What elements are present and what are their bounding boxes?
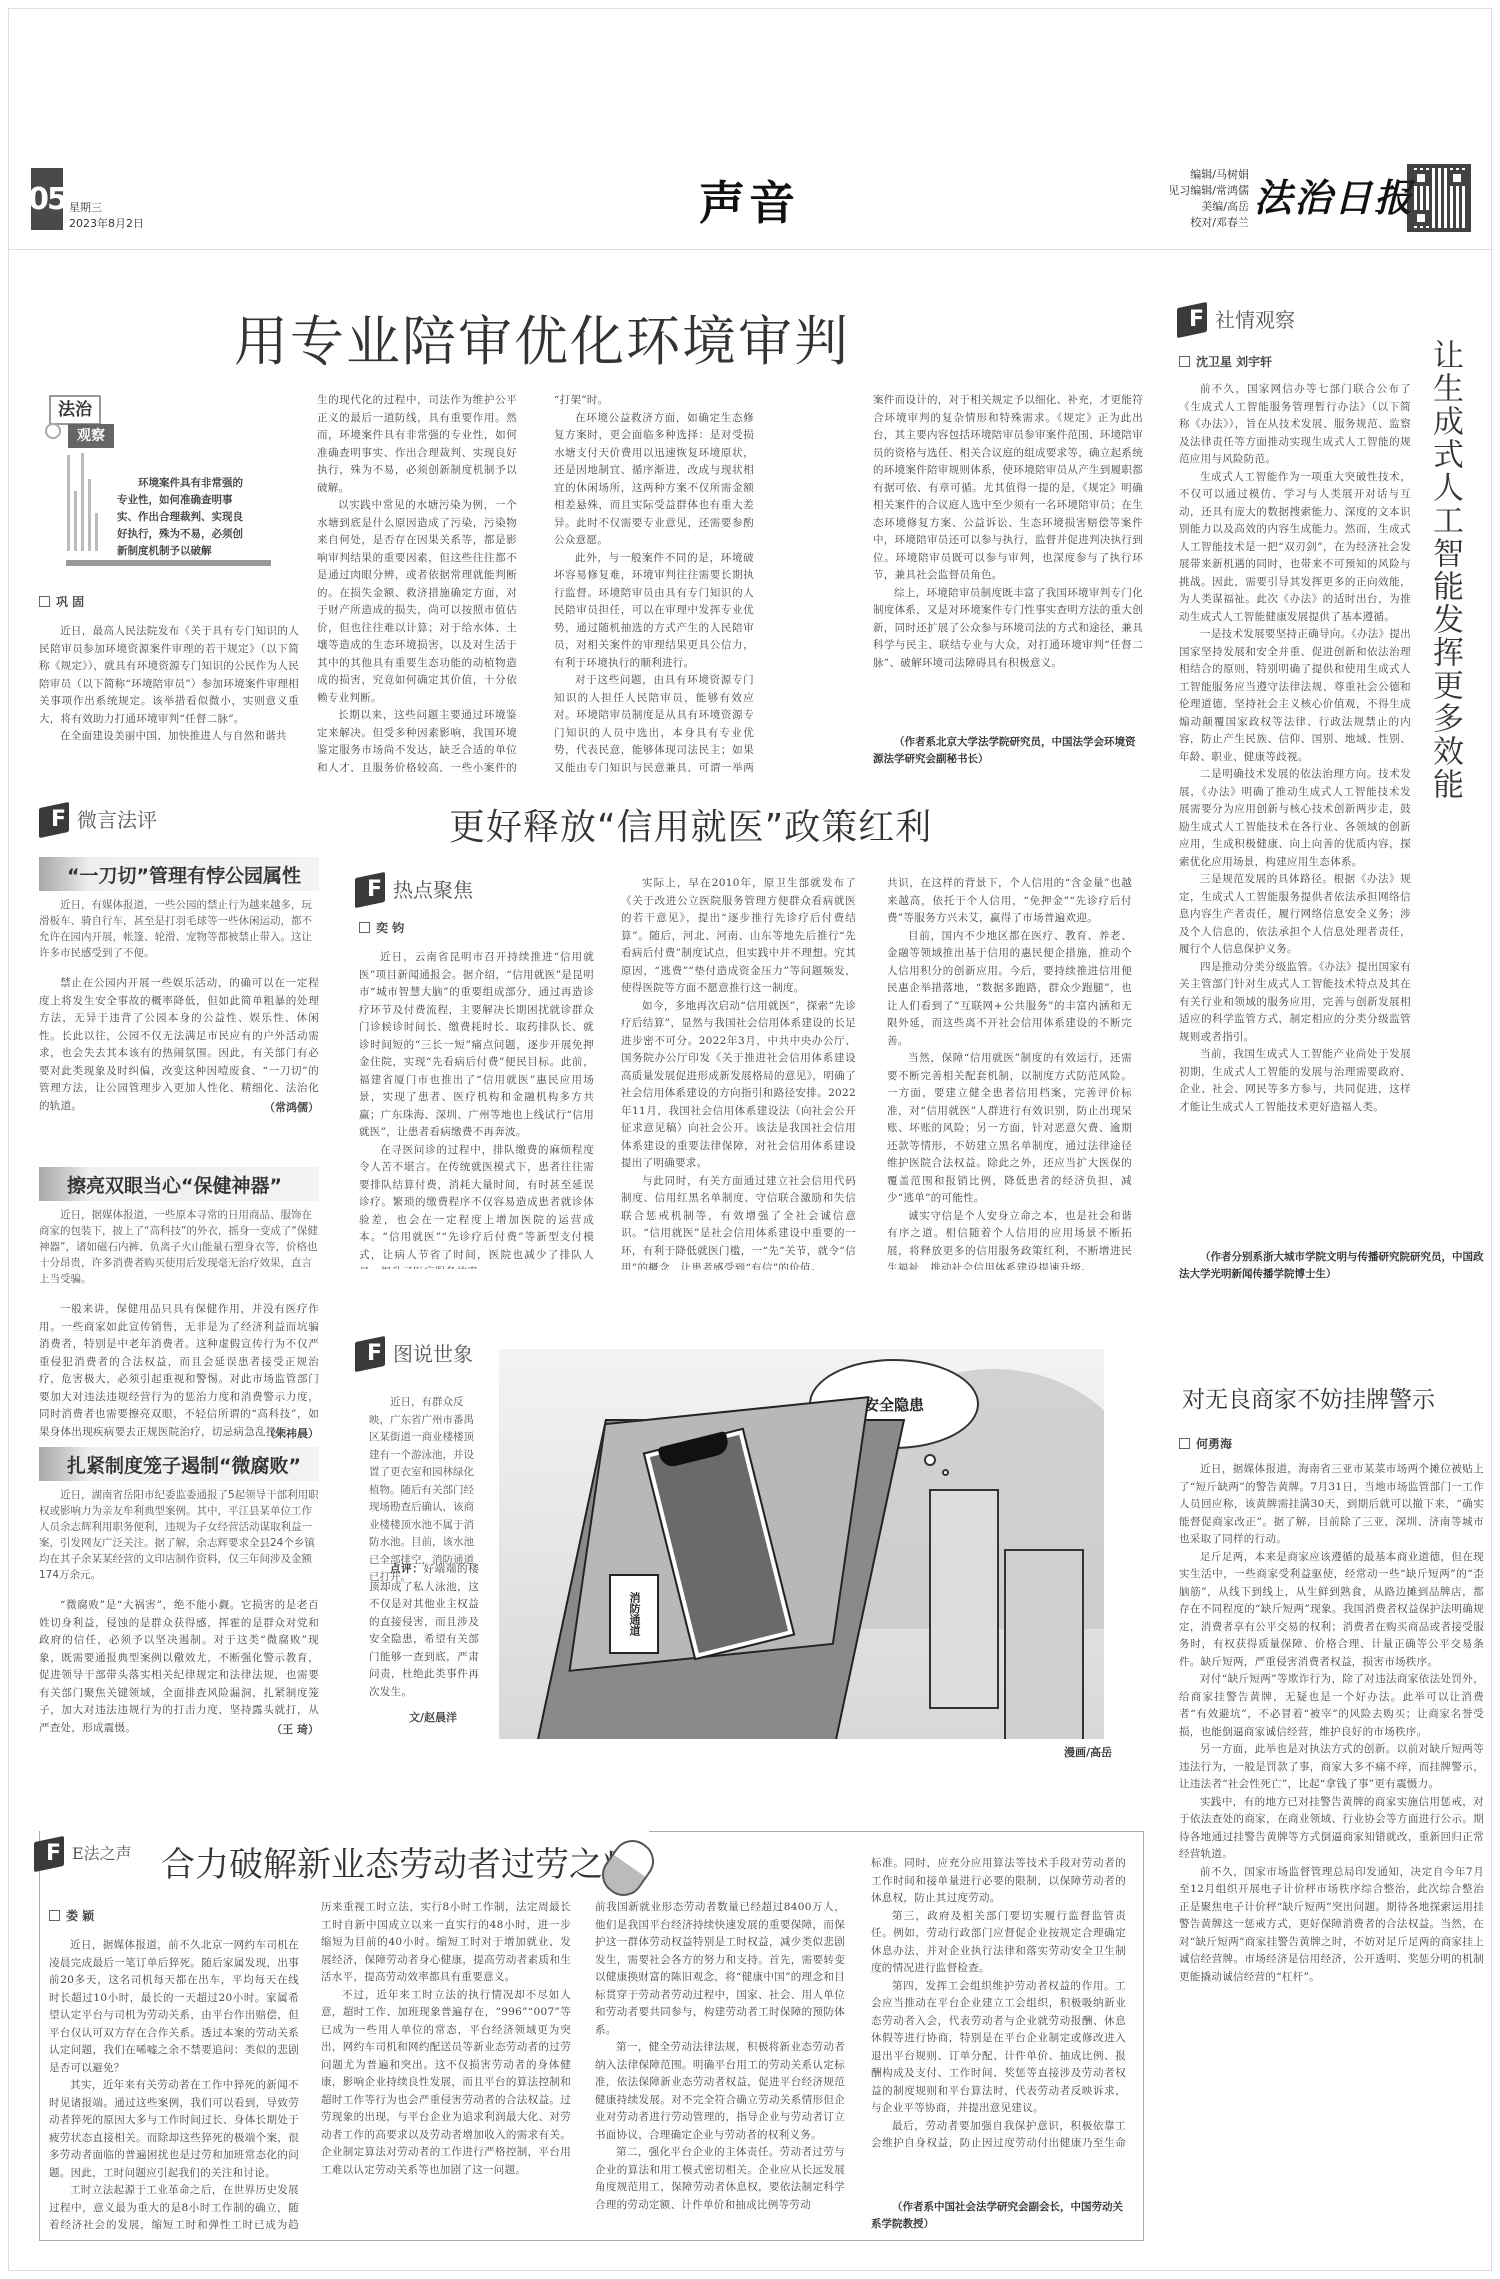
article5-title: 合力破解新业态劳动者过劳之痛 xyxy=(161,1837,637,1886)
magnifier-icon xyxy=(45,423,61,439)
fire-exit-door: 消防通道 xyxy=(609,1574,659,1654)
credit-art-editor: 美编/高岳 xyxy=(1139,199,1249,215)
weiyan-lead-2: 近日，据媒体报道，一些原本寻常的日用商品、服饰在商家的包装下，披上了“高科技”的… xyxy=(39,1207,319,1287)
weiyan-comment-3: “微腐败”是“大祸害”，绝不能小觑。它损害的是老百姓切身利益，侵蚀的是群众获得感… xyxy=(39,1597,319,1737)
article2-byline: 沈卫星 刘宇轩 xyxy=(1179,353,1272,370)
article5-col3: 前我国新就业形态劳动者数量已经超过8400万人，他们是我国平台经济持续快速发展的… xyxy=(595,1899,845,2237)
article2-title-vertical: 让生成式人工智能发挥更多效能 xyxy=(1427,339,1463,801)
column-label-tushuo: F 图说世象 xyxy=(355,1335,473,1369)
newspaper-logo: 法治日报 xyxy=(1254,167,1414,222)
editor-credits: 编辑/马树娟 见习编辑/常鸿儒 美编/高岳 校对/邓春兰 xyxy=(1139,167,1249,231)
article2-author-note: （作者分别系浙大城市学院文明与传播研究院研究员，中国政法大学光明新闻传播学院博士… xyxy=(1179,1249,1489,1283)
issue-date: 2023年8月2日 xyxy=(69,215,144,231)
weiyan-comment-1: 禁止在公园内开展一些娱乐活动，的确可以在一定程度上将发生安全事故的概率降低，但如… xyxy=(39,975,319,1115)
article4-byline: 何勇海 xyxy=(1179,1435,1232,1452)
masthead-divider xyxy=(9,249,1493,250)
article5-col1: 近日，据媒体报道，前不久北京一网约车司机在凌晨完成最后一笔订单后猝死。随后家属发… xyxy=(49,1937,299,2237)
weiyan-headline-2: 擦亮双眼当心“保健神器” xyxy=(39,1167,319,1201)
credit-trainee-editor: 见习编辑/常鸿儒 xyxy=(1139,183,1249,199)
weiyan-item-2: 擦亮双眼当心“保健神器” 近日，据媒体报道，一些原本寻常的日用商品、服饰在商家的… xyxy=(39,1167,319,1441)
qr-code-icon[interactable] xyxy=(1407,164,1471,232)
f-logo-icon: F xyxy=(355,1335,389,1369)
f-logo-icon: F xyxy=(39,801,73,835)
credit-editor: 编辑/马树娟 xyxy=(1139,167,1249,183)
cartoon-illustration: 安全隐患 消防通道 xyxy=(499,1349,1104,1739)
article3-col2: 实际上，早在2010年，原卫生部就发布了《关于改进公立医院服务管理方便群众看病就… xyxy=(621,875,856,1270)
cartoon-text-author: 文/赵晨洋 xyxy=(409,1709,457,1725)
cartoon-comment: 点评：好端端的楼顶却成了私人泳池，这不仅是对其他业主权益的直接侵害，而且涉及安全… xyxy=(369,1561,479,1701)
f-logo-icon: F xyxy=(34,1835,68,1869)
weekday: 星期三 xyxy=(69,199,102,215)
badge-fazhi: 法治 xyxy=(49,395,101,425)
article4-body: 近日，据媒体报道，海南省三亚市某菜市场两个摊位被贴上了“短斤缺两”的警告黄牌。7… xyxy=(1179,1461,1484,2239)
byline-box-icon xyxy=(1179,356,1190,367)
weiyan-lead-1: 近日，有媒体报道，一些公园的禁止行为越来越多，玩滑板车、骑自行车，甚至是打羽毛球… xyxy=(39,897,319,961)
column-label-redian: F 热点聚焦 xyxy=(355,871,473,905)
illustrator-credit: 漫画/高岳 xyxy=(1064,1744,1112,1760)
bubble-text: 安全隐患 xyxy=(864,1394,924,1415)
f-logo-icon: F xyxy=(355,871,389,905)
building-right-2 xyxy=(1004,1549,1084,1739)
article3-col1: 近日，云南省昆明市召开持续推进“信用就医”项目新闻通报会。据介绍，“信用就医”是… xyxy=(359,949,594,1269)
column-label-weiyan: F 微言法评 xyxy=(39,801,157,835)
building-right-1 xyxy=(929,1489,999,1709)
article5-col4: 标准。同时，应充分应用算法等技术手段对劳动者的工作时间和接单量进行必要的限制，以… xyxy=(871,1855,1126,2155)
article1-col1: 近日，最高人民法院发布《关于具有专门知识的人民陪审员参加环境资源案件审理的若干规… xyxy=(39,623,299,746)
credit-proofreader: 校对/邓春兰 xyxy=(1139,215,1249,231)
article3-byline: 奕 钧 xyxy=(359,919,404,936)
column-label-sheqing: F 社情观察 xyxy=(1177,301,1295,335)
f-logo-icon: F xyxy=(1177,301,1211,335)
article1-col2: 生的现代化的过程中，司法作为维护公平正义的最后一道防线，具有重要作用。然而，环境… xyxy=(317,392,517,772)
column-badge-fazhi: 法治 观察 环境案件具有非常强的专业性，如何准确查明事实、作出合理裁判、实现良好… xyxy=(49,395,279,595)
fire-exit-label: 消防通道 xyxy=(626,1592,642,1636)
section-title: 声音 xyxy=(699,167,799,233)
cartoon-caption: 近日，有群众反映，广东省广州市番禺区某街道一商业楼楼顶建有一个游泳池，并设置了更… xyxy=(369,1394,479,1587)
byline-box-icon xyxy=(49,1910,60,1921)
byline-box-icon xyxy=(39,596,50,607)
article1-title: 用专业陪审优化环境审判 xyxy=(234,299,850,376)
article1-col4: 案件而设计的，对于相关规定予以细化、补充，才更能符合环境审判的复杂情形和特殊需求… xyxy=(873,392,1143,732)
article1-byline: 巩 固 xyxy=(39,593,84,610)
newspaper-page: 05 星期三 2023年8月2日 声音 编辑/马树娟 见习编辑/常鸿儒 美编/高… xyxy=(8,8,1492,2271)
weiyan-headline-1: “一刀切”管理有悖公园属性 xyxy=(39,857,319,891)
article3-title: 更好释放“信用就医”政策红利 xyxy=(449,799,932,850)
page-number: 05 xyxy=(28,182,66,217)
byline-box-icon xyxy=(359,922,370,933)
weiyan-lead-3: 近日，湖南省岳阳市纪委监委通报了5起领导干部利用职权或影响力为亲友牟利典型案例。… xyxy=(39,1487,319,1583)
page-number-box: 05 xyxy=(31,168,63,230)
article3-col3: 共识，在这样的背景下，个人信用的“含金量”也越来越高，依托于个人信用，“免押金”… xyxy=(887,875,1132,1270)
article1-author-note: （作者系北京大学法学院研究员，中国法学会环境资源法学研究会副秘书长） xyxy=(873,734,1143,768)
article5-author-note: （作者系中国社会法学研究会副会长，中国劳动关系学院教授） xyxy=(871,2199,1126,2233)
badge-guancha: 观察 xyxy=(68,424,114,448)
article5-byline: 娄 颖 xyxy=(49,1907,94,1924)
weiyan-item-3: 扎紧制度笼子遏制“微腐败” 近日，湖南省岳阳市纪委监委通报了5起领导干部利用职权… xyxy=(39,1447,319,1737)
weiyan-item-1: “一刀切”管理有悖公园属性 近日，有媒体报道，一些公园的禁止行为越来越多，玩滑板… xyxy=(39,857,319,1115)
article4-title: 对无良商家不妨挂牌警示 xyxy=(1182,1381,1435,1414)
byline-box-icon xyxy=(1179,1438,1190,1449)
column-label-efa: F E法之声 xyxy=(34,1835,132,1869)
weiyan-comment-2: 一般来讲，保健用品只具有保健作用，并没有医疗作用。一些商家如此宣传销售，无非是为… xyxy=(39,1301,319,1441)
article1-col3: “打架”时。 在环境公益救济方面，如确定生态修复方案时，更会面临多种选择：是对受… xyxy=(554,392,754,772)
article2-body: 前不久，国家网信办等七部门联合公布了《生成式人工智能服务管理暂行办法》（以下简称… xyxy=(1179,381,1411,1251)
article5-col2: 历来重视工时立法，实行8小时工作制，法定周最长工时自新中国成立以来一直实行的48… xyxy=(321,1899,571,2237)
article1-summary: 环境案件具有非常强的专业性，如何准确查明事实、作出合理裁判、实现良好执行，殊为不… xyxy=(117,475,247,560)
weiyan-headline-3: 扎紧制度笼子遏制“微腐败” xyxy=(39,1447,319,1481)
